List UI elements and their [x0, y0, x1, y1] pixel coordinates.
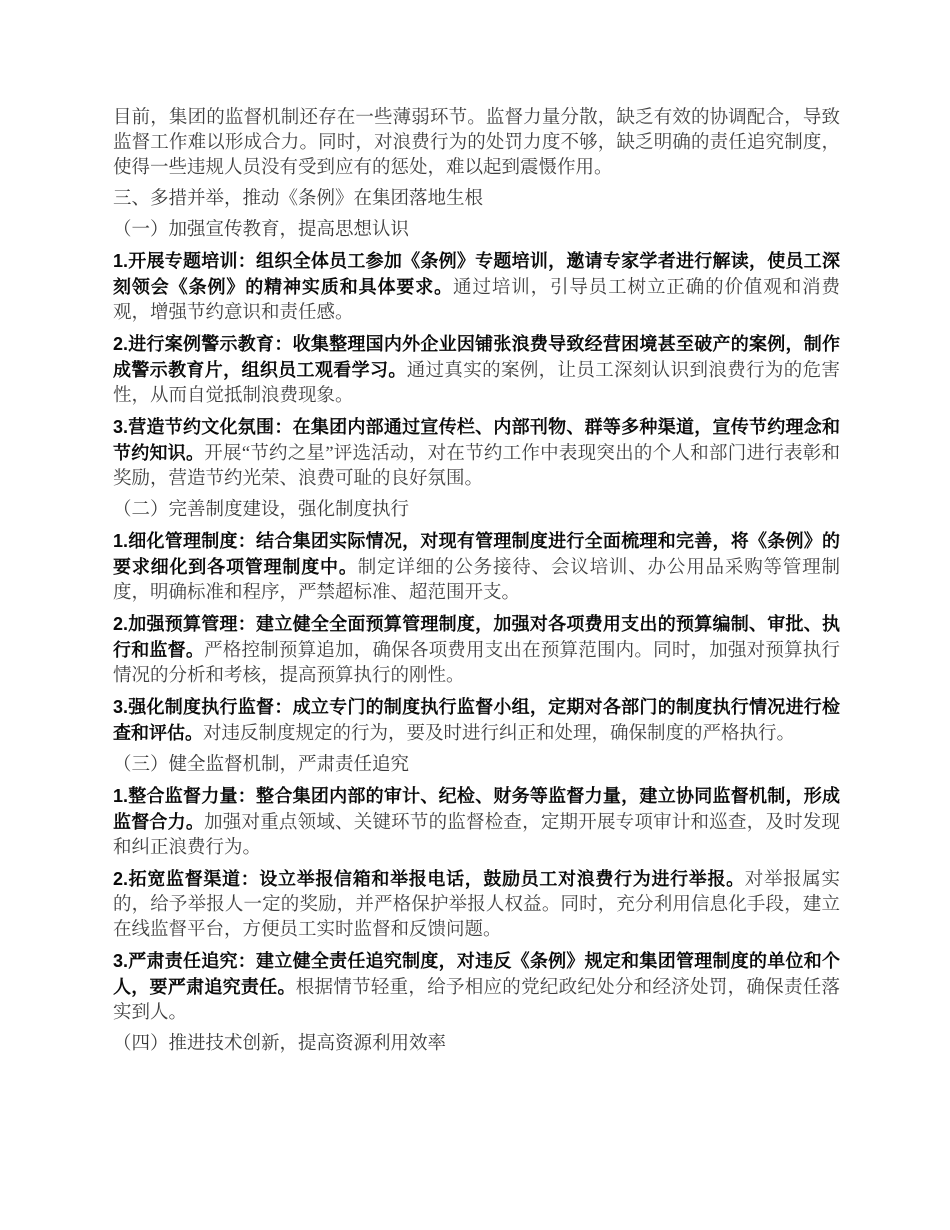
- list-item: 2.拓宽监督渠道：设立举报信箱和举报电话，鼓励员工对浪费行为进行举报。对举报属实…: [113, 867, 840, 943]
- list-item: 2.进行案例警示教育：收集整理国内外企业因铺张浪费导致经营困境甚至破产的案例，制…: [113, 332, 840, 409]
- item-body: 加强对重点领域、关键环节的监督检查，定期开展专项审计和巡查，及时发现和纠正浪费行…: [113, 813, 840, 858]
- document-content: 目前，集团的监督机制还存在一些薄弱环节。监督力量分散，缺乏有效的协调配合，导致监…: [113, 106, 840, 1057]
- document-page: 目前，集团的监督机制还存在一些薄弱环节。监督力量分散，缺乏有效的协调配合，导致监…: [0, 0, 950, 1230]
- subsection-heading-2: （二）完善制度建设，强化制度执行: [113, 498, 840, 523]
- list-item: 1.整合监督力量：整合集团内部的审计、纪检、财务等监督力量，建立协同监督机制，形…: [113, 784, 840, 861]
- subsection-heading-3: （三）健全监督机制，严肃责任追究: [113, 753, 840, 778]
- list-item: 1.开展专题培训：组织全体员工参加《条例》专题培训，邀请专家学者进行解读，使员工…: [113, 249, 840, 326]
- item-body: 开展“节约之星”评选活动，对在节约工作中表现突出的个人和部门进行表彰和奖励，营造…: [113, 444, 840, 489]
- list-item: 2.加强预算管理：建立健全全面预算管理制度，加强对各项费用支出的预算编制、审批、…: [113, 612, 840, 689]
- item-lead: 2.拓宽监督渠道：设立举报信箱和举报电话，鼓励员工对浪费行为进行举报。: [113, 869, 745, 889]
- list-item: 3.营造节约文化氛围：在集团内部通过宣传栏、内部刊物、群等多种渠道，宣传节约理念…: [113, 415, 840, 492]
- intro-paragraph: 目前，集团的监督机制还存在一些薄弱环节。监督力量分散，缺乏有效的协调配合，导致监…: [113, 106, 840, 181]
- subsection-heading-1: （一）加强宣传教育，提高思想认识: [113, 218, 840, 243]
- item-body: 对违反制度规定的行为，要及时进行纠正和处理，确保制度的严格执行。: [203, 724, 795, 744]
- list-item: 1.细化管理制度：结合集团实际情况，对现有管理制度进行全面梳理和完善，将《条例》…: [113, 529, 840, 606]
- list-item: 3.强化制度执行监督：成立专门的制度执行监督小组，定期对各部门的制度执行情况进行…: [113, 695, 840, 747]
- subsection-heading-4: （四）推进技术创新，提高资源利用效率: [113, 1032, 840, 1057]
- section-heading: 三、多措并举，推动《条例》在集团落地生根: [113, 187, 840, 212]
- list-item: 3.严肃责任追究：建立健全责任追究制度，对违反《条例》规定和集团管理制度的单位和…: [113, 949, 840, 1026]
- item-body: 严格控制预算追加，确保各项费用支出在预算范围内。同时，加强对预算执行情况的分析和…: [113, 641, 840, 686]
